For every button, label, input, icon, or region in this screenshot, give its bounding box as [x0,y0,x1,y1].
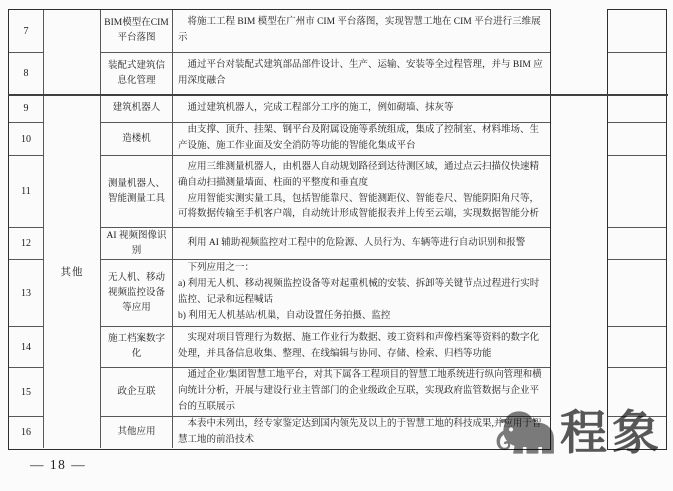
item-description: 应用三维测量机器人，由机器人自动规划路径到达待测区域，通过点云扫描仪快速精确自动… [173,156,550,228]
score-cell [608,95,666,123]
item-name: 建筑机器人 [101,95,173,123]
item-name: 无人机、移动 视频监控设备 等应用 [101,260,173,327]
watermark-logo: 程象 [494,403,664,466]
item-name: 政企互联 [101,368,173,417]
row-number: 14 [9,327,44,368]
item-description: 利用 AI 辅助视频监控对工程中的危险源、人员行为、车辆等进行自动识别和报警 [173,228,550,260]
page-number: — 18 — [30,457,86,473]
item-name: 造楼机 [101,123,173,156]
section-divider-line [8,94,668,96]
category-cell-other: 其他 [44,95,101,448]
item-name: 装配式建筑信 息化管理 [101,53,173,95]
item-name: 测量机器人、 智能测量工具 [101,156,173,228]
score-cell [608,327,666,368]
score-column [607,9,667,450]
score-cell [608,260,666,327]
item-name: AI 视频图像识 别 [101,228,173,260]
row-number: 7 [9,10,44,53]
item-description: 将施工工程 BIM 模型在广州市 CIM 平台落图，实现智慧工地在 CIM 平台… [173,10,550,53]
row-number: 11 [9,156,44,228]
row-number: 16 [9,417,44,448]
row-number: 10 [9,123,44,156]
item-description: 实现对项目管理行为数据、施工作业行为数据、竣工资料和声像档案等资料的数字化处理，… [173,327,550,368]
score-cell [608,123,666,156]
row-number: 15 [9,368,44,417]
score-cell [608,228,666,260]
item-description: 下列应用之一： a) 利用无人机、移动视频监控设备等对起重机械的安装、拆卸等关键… [173,260,550,327]
score-cell [608,53,666,95]
item-description: 通过平台对装配式建筑部品部件设计、生产、运输、安装等全过程管理，并与 BIM 应… [173,53,550,95]
score-cell [608,156,666,228]
item-description: 通过建筑机器人，完成工程部分工序的施工，例如砌墙、抹灰等 [173,95,550,123]
item-name: BIM模型在CIM 平台落图 [101,10,173,53]
smart-site-criteria-table: 7 BIM模型在CIM 平台落图 将施工工程 BIM 模型在广州市 CIM 平台… [8,9,551,450]
row-number: 13 [9,260,44,327]
item-name: 施工档案数字 化 [101,327,173,368]
category-cell-empty [44,10,101,95]
row-number: 12 [9,228,44,260]
row-number: 9 [9,95,44,123]
watermark-brand-text: 程象 [560,411,664,458]
row-number: 8 [9,53,44,95]
item-name: 其他应用 [101,417,173,448]
item-description: 由支撑、顶升、挂架、钢平台及附属设施等系统组成，集成了控制室、材料堆场、生产设施… [173,123,550,156]
elephant-logo-icon [494,403,558,466]
score-cell [608,10,666,53]
